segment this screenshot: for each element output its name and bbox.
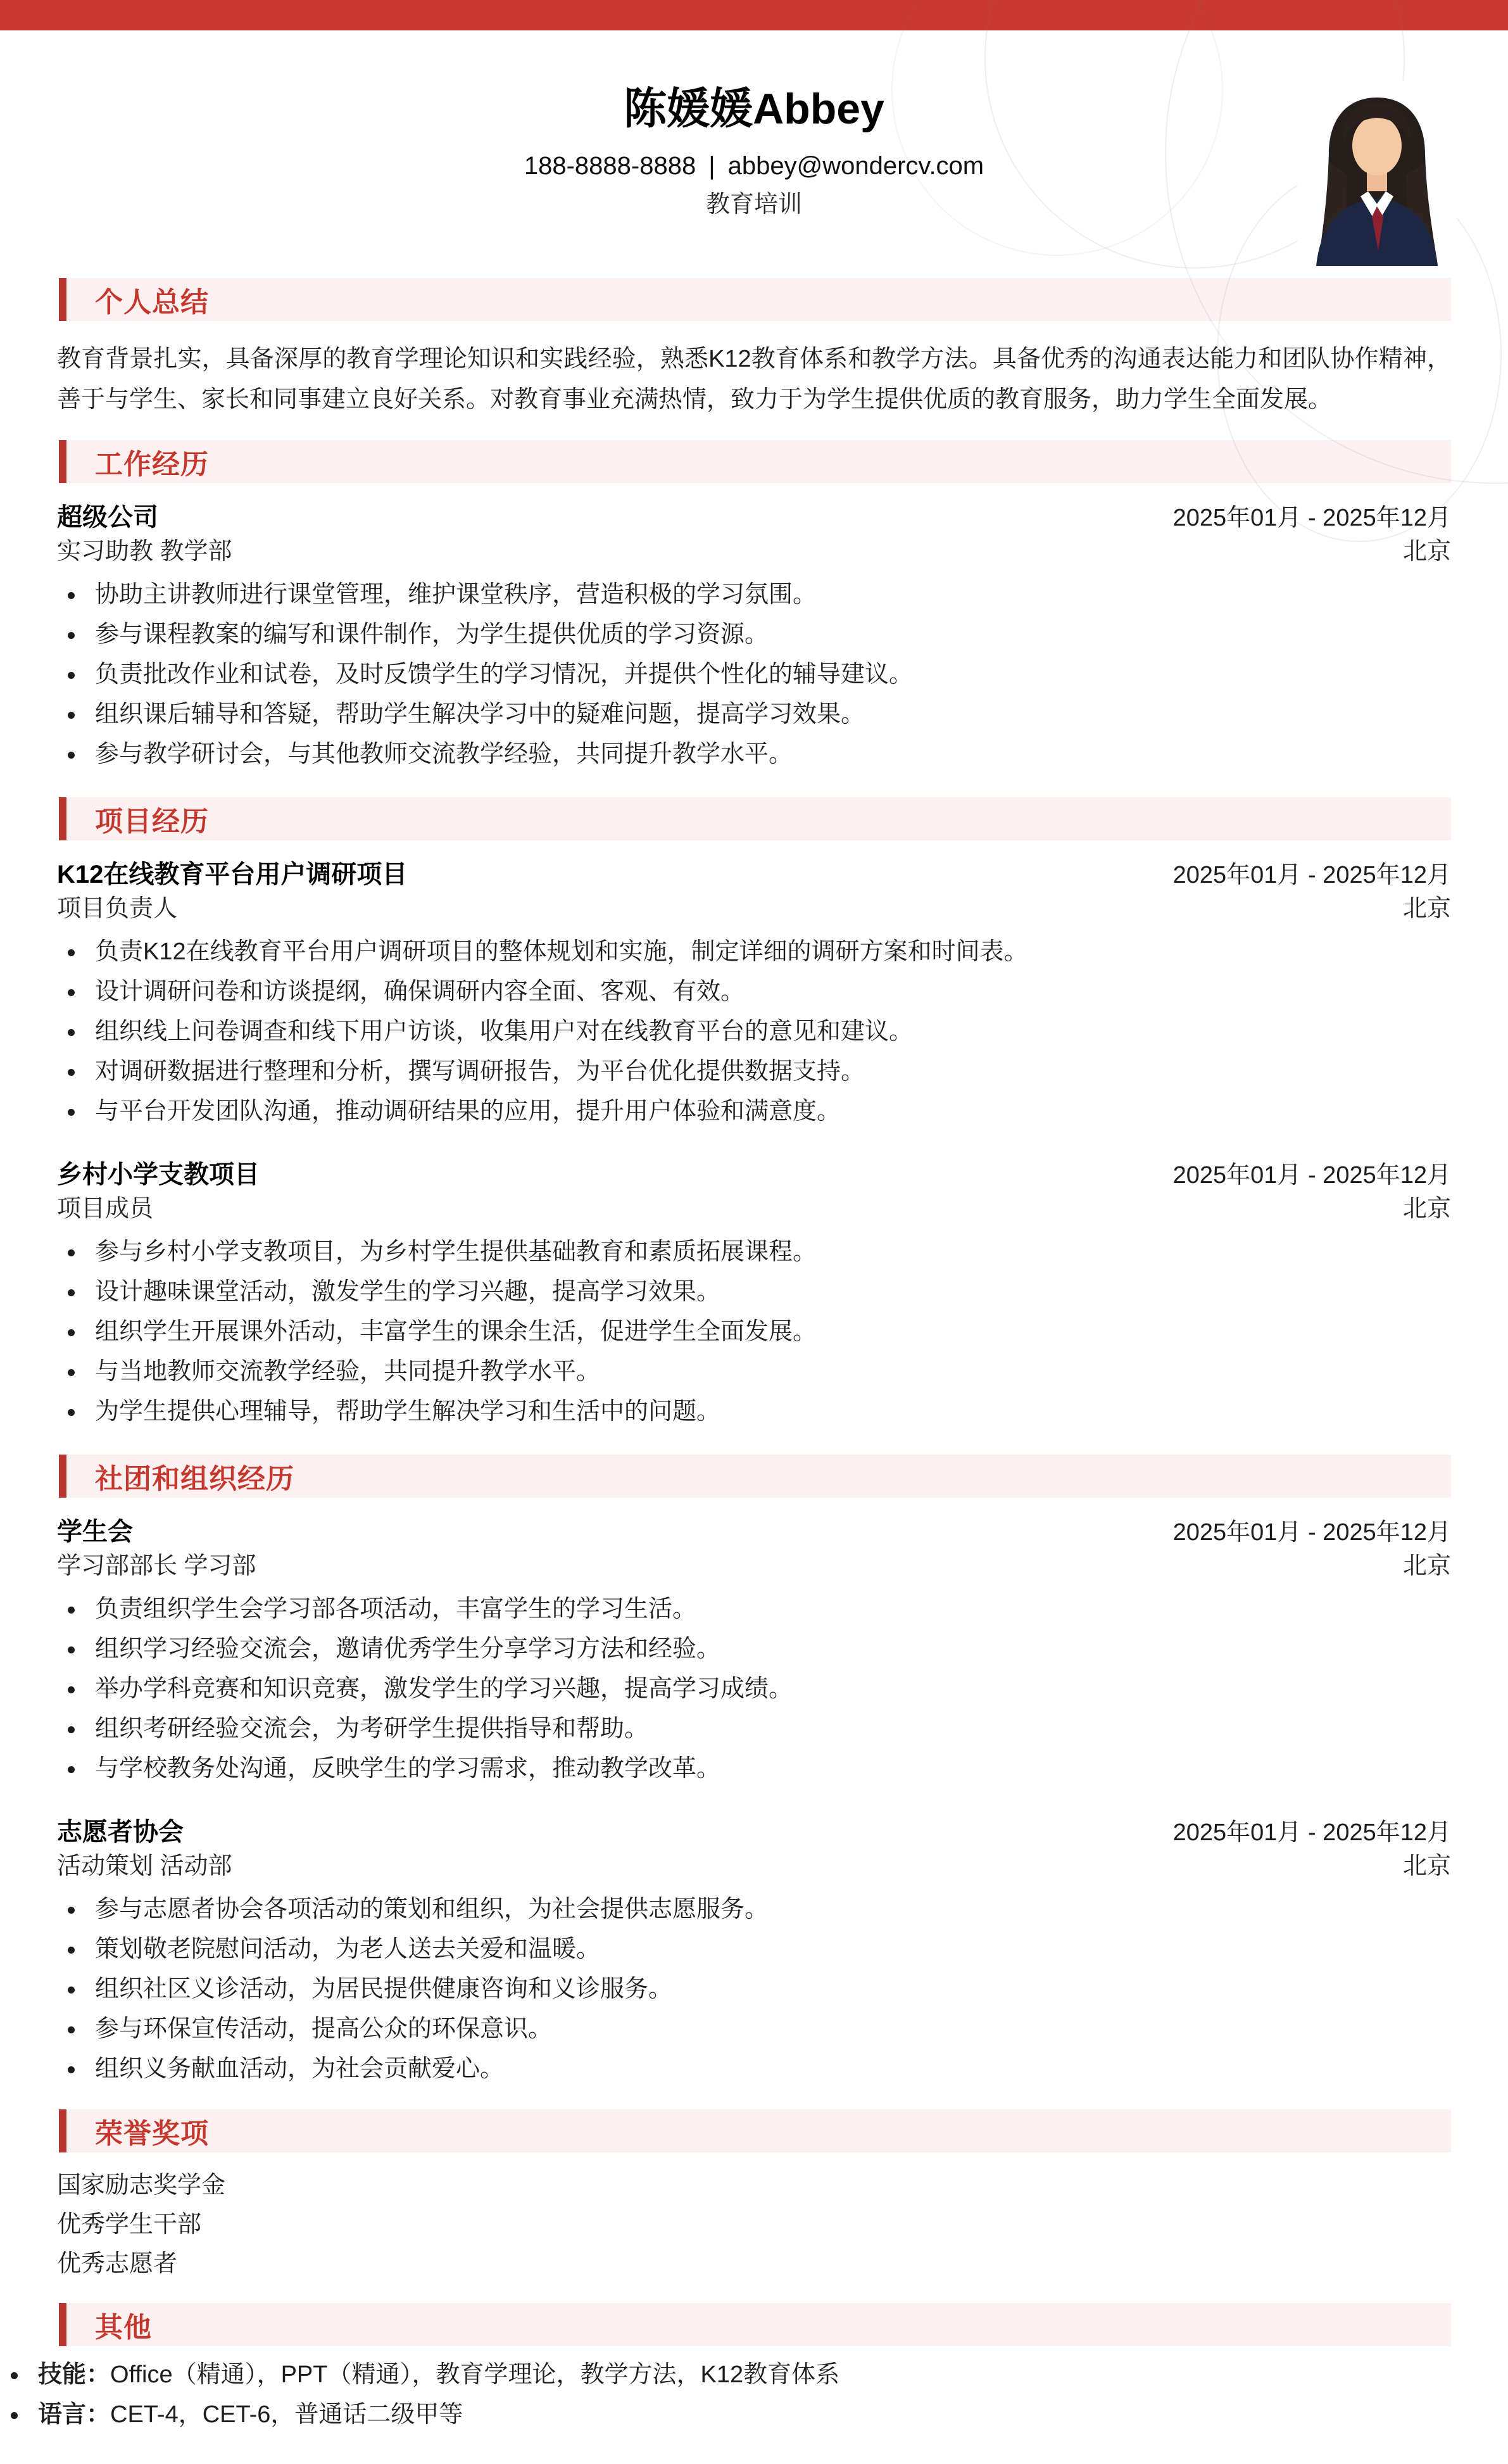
bullet-item: 负责批改作业和试卷，及时反馈学生的学习情况，并提供个性化的辅导建议。 [57, 655, 1451, 695]
entry-org: 志愿者协会 [57, 1817, 184, 1847]
bullet-item: 参与教学研讨会，与其他教师交流教学经验，共同提升教学水平。 [57, 735, 1451, 774]
entry-bullet-list: 参与乡村小学支教项目，为乡村学生提供基础教育和素质拓展课程。 设计趣味课堂活动，… [57, 1232, 1451, 1432]
entry-role: 项目成员 [57, 1194, 153, 1223]
entry-header: K12在线教育平台用户调研项目 2025年01月 - 2025年12月 [57, 859, 1451, 890]
honor-item: 优秀志愿者 [57, 2247, 1451, 2280]
section-title-work: 工作经历 [59, 440, 1451, 483]
entry-header: 乡村小学支教项目 2025年01月 - 2025年12月 [57, 1159, 1451, 1191]
entry-header: 学生会 2025年01月 - 2025年12月 [57, 1517, 1451, 1548]
languages-item: 语言：CET-4，CET-6，普通话二级甲等 [0, 2395, 1508, 2435]
entry-location: 北京 [1403, 537, 1451, 566]
entry-location: 北京 [1403, 1551, 1451, 1581]
entry-bullet-list: 负责组织学生会学习部各项活动，丰富学生的学习生活。 组织学习经验交流会，邀请优秀… [57, 1589, 1451, 1789]
entry-org: 乡村小学支教项目 [57, 1159, 260, 1190]
project-entry: K12在线教育平台用户调研项目 2025年01月 - 2025年12月 项目负责… [57, 859, 1451, 1132]
section-title-text: 工作经历 [95, 441, 209, 482]
bullet-item: 为学生提供心理辅导，帮助学生解决学习和生活中的问题。 [57, 1392, 1451, 1432]
entry-subheader: 项目负责人 北京 [57, 894, 1451, 923]
bullet-item: 参与志愿者协会各项活动的策划和组织，为社会提供志愿服务。 [57, 1890, 1451, 1930]
bullet-item: 协助主讲教师进行课堂管理，维护课堂秩序，营造积极的学习氛围。 [57, 575, 1451, 615]
profile-photo-illustration [1297, 81, 1457, 266]
organization-entry: 志愿者协会 2025年01月 - 2025年12月 活动策划 活动部 北京 参与… [57, 1817, 1451, 2089]
skills-label: 技能： [38, 2361, 110, 2388]
bullet-item: 组织社区义诊活动，为居民提供健康咨询和义诊服务。 [57, 1969, 1451, 2009]
languages-text: CET-4，CET-6，普通话二级甲等 [110, 2401, 463, 2428]
skills-text: Office（精通），PPT（精通），教育学理论，教学方法，K12教育体系 [110, 2361, 839, 2388]
resume-page: 陈媛媛Abbey 188-8888-8888|abbey@wondercv.co… [0, 0, 1508, 2464]
bullet-item: 与当地教师交流教学经验，共同提升教学水平。 [57, 1352, 1451, 1392]
entry-bullet-list: 负责K12在线教育平台用户调研项目的整体规划和实施，制定详细的调研方案和时间表。… [57, 932, 1451, 1132]
entry-bullet-list: 参与志愿者协会各项活动的策划和组织，为社会提供志愿服务。 策划敬老院慰问活动，为… [57, 1890, 1451, 2089]
entry-header: 志愿者协会 2025年01月 - 2025年12月 [57, 1817, 1451, 1848]
bullet-item: 参与课程教案的编写和课件制作，为学生提供优质的学习资源。 [57, 615, 1451, 655]
section-title-text: 社团和组织经历 [95, 1456, 294, 1496]
profile-photo [1297, 81, 1457, 266]
email-address: abbey@wondercv.com [728, 152, 984, 180]
bullet-item: 组织考研经验交流会，为考研学生提供指导和帮助。 [57, 1709, 1451, 1749]
section-title-summary: 个人总结 [59, 278, 1451, 321]
bullet-item: 设计趣味课堂活动，激发学生的学习兴趣，提高学习效果。 [57, 1272, 1451, 1312]
bullet-item: 设计调研问卷和访谈提纲，确保调研内容全面、客观、有效。 [57, 972, 1451, 1012]
bullet-item: 与平台开发团队沟通，推动调研结果的应用，提升用户体验和满意度。 [57, 1092, 1451, 1132]
contact-divider: | [708, 152, 715, 180]
section-title-other: 其他 [59, 2303, 1451, 2346]
entry-header: 超级公司 2025年01月 - 2025年12月 [57, 502, 1451, 533]
section-title-projects: 项目经历 [59, 797, 1451, 840]
section-title-text: 其他 [95, 2304, 152, 2345]
entry-location: 北京 [1403, 1852, 1451, 1881]
section-title-organizations: 社团和组织经历 [59, 1455, 1451, 1498]
bullet-item: 对调研数据进行整理和分析，撰写调研报告，为平台优化提供数据支持。 [57, 1052, 1451, 1092]
entry-date: 2025年01月 - 2025年12月 [1173, 1517, 1451, 1548]
bullet-item: 组织学生开展课外活动，丰富学生的课余生活，促进学生全面发展。 [57, 1312, 1451, 1352]
entry-location: 北京 [1403, 1194, 1451, 1223]
bullet-item: 参与环保宣传活动，提高公众的环保意识。 [57, 2009, 1451, 2049]
section-title-text: 荣誉奖项 [95, 2111, 209, 2151]
languages-label: 语言： [38, 2401, 110, 2428]
bullet-item: 组织学习经验交流会，邀请优秀学生分享学习方法和经验。 [57, 1629, 1451, 1669]
honors-list: 国家励志奖学金 优秀学生干部 优秀志愿者 [57, 2169, 1451, 2280]
contact-line: 188-8888-8888|abbey@wondercv.com [0, 150, 1508, 182]
bullet-item: 负责K12在线教育平台用户调研项目的整体规划和实施，制定详细的调研方案和时间表。 [57, 932, 1451, 972]
section-title-text: 个人总结 [95, 279, 209, 320]
bullet-item: 举办学科竞赛和知识竞赛，激发学生的学习兴趣，提高学习成绩。 [57, 1669, 1451, 1709]
bullet-item: 负责组织学生会学习部各项活动，丰富学生的学习生活。 [57, 1589, 1451, 1629]
entry-role: 实习助教 教学部 [57, 537, 232, 566]
entry-subheader: 学习部部长 学习部 北京 [57, 1551, 1451, 1581]
top-accent-bar [0, 0, 1508, 30]
entry-bullet-list: 协助主讲教师进行课堂管理，维护课堂秩序，营造积极的学习氛围。 参与课程教案的编写… [57, 575, 1451, 774]
resume-header: 陈媛媛Abbey 188-8888-8888|abbey@wondercv.co… [0, 82, 1508, 220]
bullet-item: 组织线上问卷调查和线下用户访谈，收集用户对在线教育平台的意见和建议。 [57, 1012, 1451, 1052]
skills-item: 技能：Office（精通），PPT（精通），教育学理论，教学方法，K12教育体系 [0, 2355, 1508, 2395]
entry-date: 2025年01月 - 2025年12月 [1173, 1817, 1451, 1848]
bullet-item: 策划敬老院慰问活动，为老人送去关爱和温暖。 [57, 1930, 1451, 1969]
entry-subheader: 实习助教 教学部 北京 [57, 537, 1451, 566]
bullet-item: 参与乡村小学支教项目，为乡村学生提供基础教育和素质拓展课程。 [57, 1232, 1451, 1272]
organization-entry: 学生会 2025年01月 - 2025年12月 学习部部长 学习部 北京 负责组… [57, 1517, 1451, 1789]
target-field-tagline: 教育培训 [0, 189, 1508, 220]
honor-item: 国家励志奖学金 [57, 2169, 1451, 2202]
project-entry: 乡村小学支教项目 2025年01月 - 2025年12月 项目成员 北京 参与乡… [57, 1159, 1451, 1432]
bullet-item: 组织课后辅导和答疑，帮助学生解决学习中的疑难问题，提高学习效果。 [57, 695, 1451, 735]
entry-role: 学习部部长 学习部 [57, 1551, 256, 1581]
candidate-name: 陈媛媛Abbey [0, 82, 1508, 136]
bullet-item: 与学校教务处沟通，反映学生的学习需求，推动教学改革。 [57, 1749, 1451, 1789]
section-title-text: 项目经历 [95, 799, 209, 839]
bullet-item: 组织义务献血活动，为社会贡献爱心。 [57, 2049, 1451, 2089]
entry-role: 项目负责人 [57, 894, 177, 923]
phone-number: 188-8888-8888 [524, 152, 696, 180]
entry-location: 北京 [1403, 894, 1451, 923]
entry-role: 活动策划 活动部 [57, 1852, 232, 1881]
entry-date: 2025年01月 - 2025年12月 [1173, 503, 1451, 533]
honor-item: 优秀学生干部 [57, 2208, 1451, 2241]
section-title-honors: 荣誉奖项 [59, 2109, 1451, 2152]
entry-org: 超级公司 [57, 502, 158, 533]
entry-date: 2025年01月 - 2025年12月 [1173, 1160, 1451, 1191]
entry-org: K12在线教育平台用户调研项目 [57, 859, 407, 890]
summary-paragraph: 教育背景扎实，具备深厚的教育学理论知识和实践经验，熟悉K12教育体系和教学方法。… [57, 339, 1451, 420]
entry-org: 学生会 [57, 1517, 133, 1547]
work-entry: 超级公司 2025年01月 - 2025年12月 实习助教 教学部 北京 协助主… [57, 502, 1451, 774]
other-list: 技能：Office（精通），PPT（精通），教育学理论，教学方法，K12教育体系… [0, 2355, 1508, 2435]
entry-subheader: 项目成员 北京 [57, 1194, 1451, 1223]
entry-date: 2025年01月 - 2025年12月 [1173, 860, 1451, 890]
entry-subheader: 活动策划 活动部 北京 [57, 1852, 1451, 1881]
